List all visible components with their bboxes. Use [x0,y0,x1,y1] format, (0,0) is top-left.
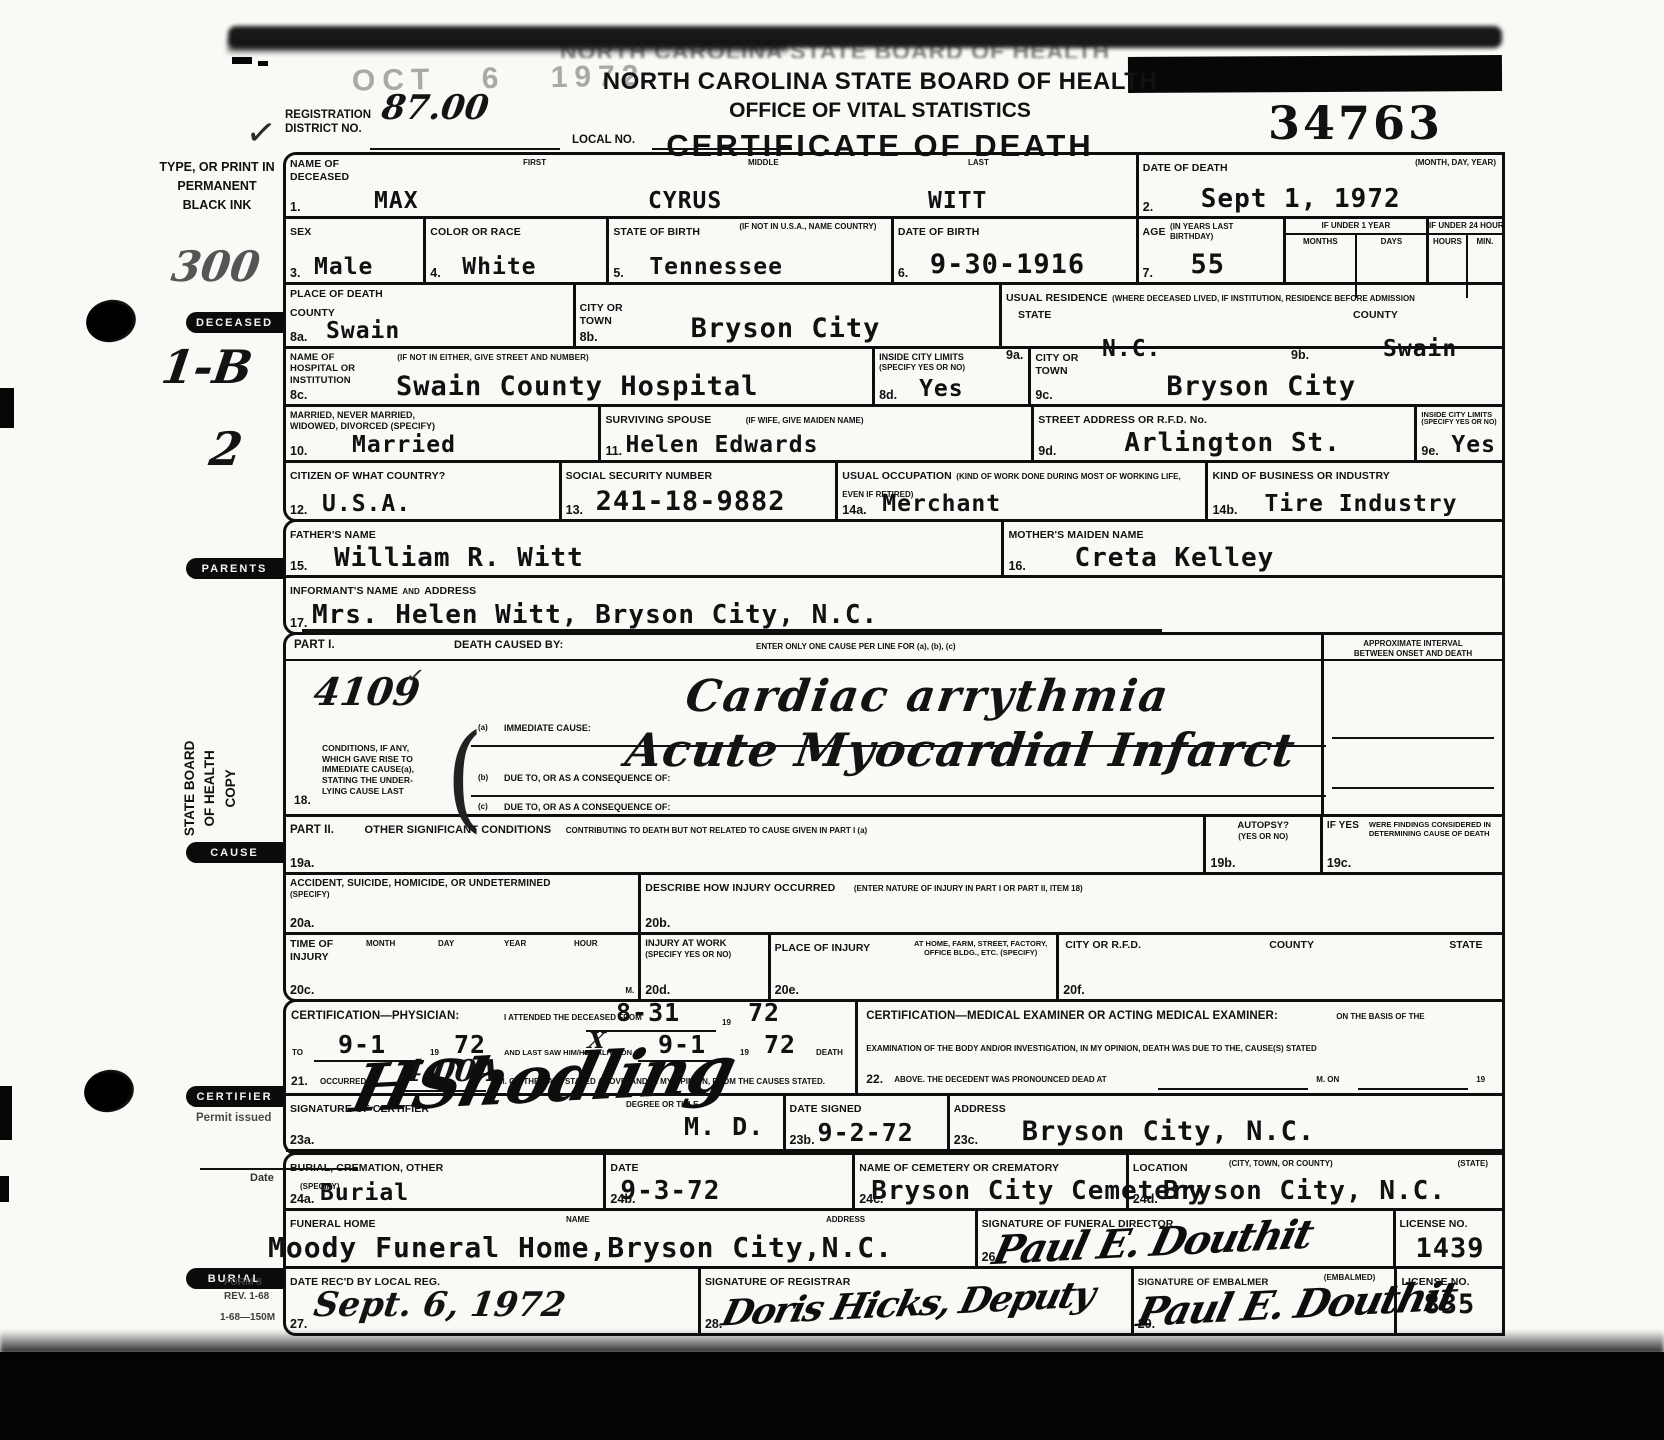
field-marital-status: MARRIED, NEVER MARRIED, WIDOWED, DIVORCE… [286,407,601,460]
sub-label: MIDDLE [748,158,779,168]
occupation-value: Merchant [882,491,1001,517]
interval-header: BETWEEN ONSET AND DEATH [1354,649,1472,658]
field-date-of-birth: DATE OF BIRTH 6. 9-30-1916 [894,219,1139,282]
label: USUAL OCCUPATION [842,470,952,482]
sub-label: FIRST [523,158,546,168]
print-instruction-line: PERMANENT [177,179,256,193]
registration-district: REGISTRATION DISTRICT NO. [285,108,371,137]
interval-header: APPROXIMATE INTERVAL [1363,639,1463,648]
item-number: 5. [613,266,623,280]
street-address-value: Arlington St. [1124,428,1341,458]
label: DATE SIGNED [790,1103,862,1115]
item-number: 7. [1143,266,1153,280]
item-number: 12. [290,503,307,517]
section-label: USUAL RESIDENCE [1006,292,1108,304]
sub-label: (ENTER NATURE OF INJURY IN PART I OR PAR… [854,884,1083,893]
label: INJURY [290,951,329,963]
field-city-or-town-of-death: CITY OR TOWN 8b. Bryson City [576,285,1002,346]
sub-label: (IF WIFE, GIVE MAIDEN NAME) [746,416,864,425]
sub-label: (WHERE DECEASED LIVED, IF INSTITUTION, R… [1112,294,1415,303]
item-number: 8a. [290,330,307,344]
sub-label: NAME [566,1215,590,1225]
field-describe-injury: DESCRIBE HOW INJURY OCCURRED (ENTER NATU… [641,875,1502,932]
form-no-line: FORM 8 [224,1277,262,1288]
death-word: DEATH [816,1048,843,1058]
item-number: 14a. [842,503,866,517]
item-number: 9c. [1035,388,1052,402]
field-sex: SEX 3. Male [286,219,426,282]
sub-label: (SPECIFY) [391,421,436,431]
m-on-label: M. ON [1316,1075,1339,1085]
mother-name-value: Creta Kelley [1074,543,1274,573]
county-of-death-value: Swain [326,318,400,344]
last-name-value: WITT [928,188,987,214]
print-instruction: TYPE, OR PRINT IN PERMANENT BLACK INK [142,158,292,214]
other-conditions-label: OTHER SIGNIFICANT CONDITIONS [365,824,552,836]
hospital-value: Swain County Hospital [396,371,758,402]
scan-edge-mark [0,1086,12,1140]
year-label: YEAR [504,939,526,949]
item-number: 8c. [290,388,307,402]
scan-edge-mark [0,388,14,428]
label: LICENSE NO. [1400,1218,1468,1230]
item-number: 14b. [1212,503,1237,517]
field-date-signed: DATE SIGNED 23b. 9-2-72 [786,1096,950,1149]
race-value: White [462,254,536,280]
father-name-value: William R. Witt [334,543,584,573]
field-accident-suicide: ACCIDENT, SUICIDE, HOMICIDE, OR UNDETERM… [286,875,641,932]
underlying-cause-value: Acute Myocardial Infarct [622,723,1299,777]
conditions-line: WHICH GAVE RISE TO [322,754,413,764]
field-citizen: CITIZEN OF WHAT COUNTRY? 12. U.S.A. [286,463,562,519]
if-yes-label: IF YES [1327,820,1359,832]
label: INSTITUTION [290,375,351,386]
line [1358,1088,1468,1090]
field-inside-city-limits-death: INSIDE CITY LIMITS (SPECIFY YES OR NO) 8… [875,349,1031,404]
item-number: 18. [294,793,311,807]
conditions-line: IMMEDIATE CAUSE(a), [322,764,414,774]
sub-label: (SPECIFY YES OR NO) [645,950,763,960]
field-funeral-home: FUNERAL HOME NAME ADDRESS Moody Funeral … [286,1211,978,1266]
field-place-of-injury: PLACE OF INJURY AT HOME, FARM, STREET, F… [771,935,1060,999]
interval-line [1332,737,1494,739]
funeral-home-value: Moody Funeral Home,Bryson City,N.C. [268,1231,893,1264]
sub-label: (SPECIFY) [290,890,634,900]
date-label: Date [250,1172,274,1184]
item-number: 24d. [1133,1192,1158,1206]
label: CERTIFICATION—PHYSICIAN: [291,1010,459,1024]
scan-edge-mark [258,61,268,66]
first-name-value: MAX [374,188,419,214]
label: PLACE OF INJURY [775,942,871,954]
field-surviving-spouse: SURVIVING SPOUSE (IF WIFE, GIVE MAIDEN N… [601,407,1034,460]
state-label: STATE [1449,939,1482,952]
hole-punch [80,1065,138,1116]
conditions-line: CONDITIONS, IF ANY, [322,743,409,753]
field-cemetery: NAME OF CEMETERY OR CREMATORY 24c. Bryso… [855,1155,1129,1208]
margin-handwriting-300: 300 [169,242,264,291]
burial-type-value: Burial [320,1180,409,1206]
hole-punch [82,295,140,346]
item-number: 9e. [1421,444,1438,458]
sub-label: (STATE) [1458,1159,1488,1169]
label: SURVIVING SPOUSE [605,414,711,426]
section-burial: BURIAL, CREMATION, OTHER (SPECIFY) 24a. … [283,1152,1505,1336]
cause-b-line [471,795,1326,797]
label: SOCIAL SECURITY NUMBER [566,470,713,482]
field-occupation: USUAL OCCUPATION (KIND OF WORK DONE DURI… [838,463,1208,519]
middle-name-value: CYRUS [648,188,722,214]
field-burial-location: LOCATION (CITY, TOWN, OR COUNTY) (STATE)… [1129,1155,1502,1208]
scan-edge-mark [232,57,252,64]
sub-label: CONTRIBUTING TO DEATH BUT NOT RELATED TO… [566,826,867,835]
office-name: OFFICE OF VITAL STATISTICS [565,99,1195,123]
label: ADDRESS [954,1103,1006,1115]
field-inside-city-limits-residence: INSIDE CITY LIMITS (SPECIFY YES OR NO) 9… [1417,407,1502,460]
date-of-death-value: Sept 1, 1972 [1201,184,1401,214]
label: INFORMANT'S NAME [290,585,398,597]
registration-label: REGISTRATION [285,109,371,121]
item-number: 11. [605,444,622,458]
label: NAME OF CEMETERY OR CREMATORY [859,1162,1059,1174]
field-industry: KIND OF BUSINESS OR INDUSTRY 14b. Tire I… [1208,463,1502,519]
date-of-birth-value: 9-30-1916 [930,249,1085,280]
sub-header: IF UNDER 24 HOURS [1429,219,1502,235]
field-injury-location: CITY OR R.F.D. COUNTY STATE 20f. [1059,935,1502,999]
field-usual-residence: USUAL RESIDENCE (WHERE DECEASED LIVED, I… [1002,285,1502,346]
part2-label: PART II. [290,824,334,836]
print-instruction-line: TYPE, OR PRINT IN [159,160,274,174]
inside-city-limits-value: Yes [919,376,964,402]
tab-deceased: DECEASED [186,312,283,333]
field-autopsy: AUTOPSY? (YES OR NO) 19b. [1206,817,1322,872]
sub-label: (CITY, TOWN, OR COUNTY) [1229,1159,1333,1169]
burial-location-value: Bryson City, N.C. [1163,1176,1446,1206]
field-part2-conditions: PART II. OTHER SIGNIFICANT CONDITIONS CO… [286,817,1206,872]
sub-label: OFFICE BLDG., ETC. (SPECIFY) [924,948,1037,957]
district-no-label: DISTRICT NO. [285,123,362,135]
label: ACCIDENT, SUICIDE, HOMICIDE, OR UNDETERM… [290,878,634,890]
attended-from-value: 8-31 [616,998,680,1027]
enter-note: ENTER ONLY ONE CAUSE PER LINE FOR (a), (… [756,642,956,652]
degree-value: M. D. [684,1112,764,1141]
label: FATHER'S NAME [290,529,376,541]
item-number: 4. [430,266,440,280]
field-ssn: SOCIAL SECURITY NUMBER 13. 241-18-9882 [562,463,839,519]
label: FUNERAL HOME [290,1218,376,1230]
label: SEX [290,226,311,238]
label: INSIDE CITY LIMITS [879,352,1024,363]
item-number: 20a. [290,916,314,930]
item-number: 20f. [1063,983,1085,997]
date-received-value: Sept. 6, 1972 [311,1285,568,1325]
label: DATE [610,1162,638,1174]
item-number: 6. [898,266,908,280]
item-number: 8b. [580,330,598,344]
label: HOSPITAL OR [290,363,355,374]
findings-label: WERE FINDINGS CONSIDERED IN [1369,820,1491,829]
certificate-form: NAME OF DECEASED FIRST MIDDLE LAST 1. MA… [283,152,1505,1336]
check-mark: ✓ [404,662,426,690]
label: NAME OF [290,158,339,170]
year-prefix: 19 [740,1048,749,1058]
year-prefix: 19 [722,1018,731,1028]
field-color-or-race: COLOR OR RACE 4. White [426,219,609,282]
item-number: 20c. [290,983,314,997]
field-street-address: STREET ADDRESS OR R.F.D. No. 9d. Arlingt… [1034,407,1417,460]
sub-label: ADDRESS [826,1215,865,1225]
margin-handwriting-1b: 1-B [158,340,256,394]
field-state-of-birth: STATE OF BIRTH (IF NOT IN U.S.A., NAME C… [609,219,893,282]
item-number: 20d. [645,983,670,997]
sub-label: (YES OR NO) [1210,832,1315,842]
burial-date-value: 9-3-72 [620,1176,720,1206]
local-no-label: LOCAL NO. [572,134,635,146]
item-number: 19b. [1210,856,1235,870]
sub-label: LAST [968,158,989,168]
field-name-of-deceased: NAME OF DECEASED FIRST MIDDLE LAST 1. MA… [286,155,1139,216]
copy-designation: STATE BOARD OF HEALTH COPY [180,666,241,911]
label: INJURY AT WORK [645,938,763,950]
form-number: FORM 8 REV. 1-68 [224,1276,269,1304]
field-place-of-death-county: PLACE OF DEATH COUNTY 8a. Swain [286,285,576,346]
label: COUNTY [1353,309,1398,322]
district-no-value: 87.00 [379,88,491,128]
inside-city-limits-residence-value: Yes [1451,432,1496,458]
field-if-under-24-hours: IF UNDER 24 HOURS HOURS MIN. [1429,219,1502,282]
spouse-value: Helen Edwards [625,432,818,458]
field-informant: INFORMANT'S NAME AND ADDRESS 17. Mrs. He… [286,578,1502,632]
print-instruction-line: BLACK INK [183,198,252,212]
sub-label: AT HOME, FARM, STREET, FACTORY, [914,939,1047,948]
local-no-line [652,148,792,150]
ssn-value: 241-18-9882 [596,486,786,517]
label: CITIZEN OF WHAT COUNTRY? [290,470,445,482]
sub-label: (IF NOT IN EITHER, GIVE STREET AND NUMBE… [397,353,588,362]
label: STREET ADDRESS OR R.F.D. No. [1038,414,1207,426]
district-no-line [370,148,560,150]
item-number: 23a. [290,1133,314,1147]
part1-label: PART I. [294,639,335,653]
item-number: 23b. [790,1133,815,1147]
line-c-label: (c) [478,802,488,812]
label: TIME OF [290,938,333,950]
findings-label: DETERMINING CAUSE OF DEATH [1369,829,1490,838]
field-mother-maiden-name: MOTHER'S MAIDEN NAME 16. Creta Kelley [1004,522,1502,575]
label: LOCATION [1133,1162,1188,1174]
last-saw-year: 72 [764,1030,796,1059]
item-number: 15. [290,559,307,573]
label: AND [402,587,419,596]
label: DESCRIBE HOW INJURY OCCURRED [645,882,835,894]
item-number: 3. [290,266,300,280]
field-director-license: LICENSE NO. 1439 [1396,1211,1503,1266]
check-mark: ✓ [243,110,279,156]
sub-label: (SPECIFY YES OR NO) [879,363,1024,373]
hour-label: HOUR [574,939,598,949]
label: STATE OF BIRTH [613,226,700,238]
label: TOWN [580,315,612,327]
label: DATE OF BIRTH [898,226,980,238]
marital-status-value: Married [352,432,456,458]
label: TOWN [1035,365,1067,377]
death-caused-by-label: DEATH CAUSED BY: [454,639,563,652]
field-father-name: FATHER'S NAME 15. William R. Witt [286,522,1004,575]
field-registrar-signature: SIGNATURE OF REGISTRAR 28. Doris Hicks, … [701,1269,1134,1333]
form-print-run: 1-68—150M [220,1312,275,1323]
section-parents: FATHER'S NAME 15. William R. Witt MOTHER… [283,519,1505,635]
citizen-value: U.S.A. [322,491,411,517]
field-residence-city: CITY OR TOWN 9c. Bryson City [1031,349,1502,404]
item-number: 19c. [1327,856,1351,870]
field-injury-at-work: INJURY AT WORK (SPECIFY YES OR NO) 20d. [641,935,770,999]
interval-line [1332,787,1494,789]
exam-label: EXAMINATION OF THE BODY AND/OR INVESTIGA… [866,1044,1496,1054]
field-date-of-death: DATE OF DEATH (MONTH, DAY, YEAR) 2. Sept… [1139,155,1502,216]
margin-handwriting-2: 2 [206,422,246,476]
item-number: 27. [290,1317,307,1331]
scanned-death-certificate: NORTH CAROLINA STATE BOARD OF HEALTH OCT… [0,0,1664,1440]
attended-from-year: 72 [748,998,780,1027]
meridiem-label: M. [625,986,634,996]
label: AGE [1143,226,1166,238]
item-number: 13. [566,503,583,517]
item-number: 8d. [879,388,897,402]
residence-city-value: Bryson City [1166,371,1356,402]
field-funeral-director-signature: SIGNATURE OF FUNERAL DIRECTOR 26. Paul E… [978,1211,1396,1266]
item-number: 22. [866,1072,883,1086]
sub-label: (IN YEARS LAST BIRTHDAY) [1170,222,1254,242]
conditions-line: LYING CAUSE LAST [322,786,404,796]
label: MOTHER'S MAIDEN NAME [1008,529,1143,541]
county-label: COUNTY [1269,939,1314,952]
sub-label: (IF NOT IN U.S.A., NAME COUNTRY) [739,222,879,232]
interval-column: APPROXIMATE INTERVAL BETWEEN ONSET AND D… [1321,635,1502,814]
item-number: 20e. [775,983,799,997]
month-label: MONTH [366,939,395,949]
field-burial-date: DATE 24b. 9-3-72 [606,1155,855,1208]
label: BURIAL, CREMATION, OTHER [290,1162,443,1174]
item-number: 2. [1143,200,1153,214]
field-autopsy-findings: IF YES WERE FINDINGS CONSIDERED IN DETER… [1323,817,1502,872]
section-deceased: NAME OF DECEASED FIRST MIDDLE LAST 1. MA… [283,152,1505,522]
field-burial-type: BURIAL, CREMATION, OTHER (SPECIFY) 24a. … [286,1155,606,1208]
label: INSIDE CITY LIMITS [1421,410,1498,419]
section-certifier: CERTIFICATION—PHYSICIAN: I ATTENDED THE … [283,999,1505,1155]
label: DATE OF DEATH [1143,162,1228,174]
field-hospital: NAME OF (IF NOT IN EITHER, GIVE STREET A… [286,349,875,404]
line [1158,1088,1308,1090]
certificate-number: 34763 [1268,96,1443,150]
label: SIGNATURE OF REGISTRAR [705,1276,851,1288]
certifier-address-value: Bryson City, N.C. [1022,1116,1315,1147]
copy-line: COPY [223,769,238,807]
item-number: 24a. [290,1192,314,1206]
autopsy-label: AUTOPSY? [1210,820,1315,832]
to-label: TO [292,1048,303,1058]
label: COLOR OR RACE [430,226,521,238]
section-label: PLACE OF DEATH [290,288,569,301]
tab-certifier: CERTIFIER [186,1086,283,1107]
immediate-cause-label: IMMEDIATE CAUSE: [504,723,591,734]
scan-edge-bottom [0,1352,1664,1440]
board-name: NORTH CAROLINA STATE BOARD OF HEALTH [565,68,1195,96]
state-of-birth-value: Tennessee [649,254,783,280]
item-number: 17. [290,616,307,630]
label: KIND OF BUSINESS OR INDUSTRY [1212,470,1389,482]
label: DECEASED [290,171,349,183]
permit-issued-label: Permit issued [196,1112,271,1124]
item-number: 9d. [1038,444,1056,458]
ghost-header-text: NORTH CAROLINA STATE BOARD OF HEALTH [560,38,1200,58]
field-embalmer-signature: SIGNATURE OF EMBALMER (EMBALMED) 29. Pau… [1134,1269,1398,1333]
year-prefix: 19 [1476,1075,1485,1085]
sub-header: IF UNDER 1 YEAR [1286,219,1426,235]
informant-value: Mrs. Helen Witt, Bryson City, N.C. [312,600,878,630]
label: WIDOWED, DIVORCED [290,421,388,431]
field-time-of-injury: TIME OF INJURY MONTH DAY YEAR HOUR M. 20… [286,935,641,999]
city-of-death-value: Bryson City [691,313,881,344]
label: CITY OR [580,302,623,314]
copy-line: OF HEALTH [202,750,217,826]
sub-label: (SPECIFY YES OR NO) [1421,419,1498,428]
field-if-under-1-year: IF UNDER 1 YEAR MONTHS DAYS [1286,219,1429,282]
label: CERTIFICATION—MEDICAL EXAMINER OR ACTING… [866,1010,1278,1024]
item-number: 10. [290,444,307,458]
item-number: 16. [1008,559,1025,573]
form-rev-line: REV. 1-68 [224,1291,269,1302]
industry-value: Tire Industry [1264,491,1457,517]
label: CITY OR [1035,352,1078,364]
scan-edge-mark [0,1176,9,1202]
city-rfd-label: CITY OR R.F.D. [1065,939,1141,952]
line-b-label: (b) [478,773,488,783]
label: STATE [1018,309,1051,322]
field-date-received: DATE REC'D BY LOCAL REG. 27. Sept. 6, 19… [286,1269,701,1333]
item-number: 21. [291,1074,308,1088]
item-number: 1. [290,200,300,214]
field-certification-medical-examiner: CERTIFICATION—MEDICAL EXAMINER OR ACTING… [858,1002,1502,1093]
label: ADDRESS [424,585,476,597]
item-number: 23c. [954,1133,978,1147]
age-value: 55 [1191,249,1226,280]
sex-value: Male [314,254,373,280]
field-certifier-address: ADDRESS 23c. Bryson City, N.C. [950,1096,1502,1149]
label: MARRIED, NEVER MARRIED, [290,410,415,420]
sub-label: (MONTH, DAY, YEAR) [1415,158,1496,168]
director-license-value: 1439 [1416,1233,1485,1264]
basis-label: ON THE BASIS OF THE [1336,1012,1424,1022]
tab-parents: PARENTS [186,558,283,579]
conditions-note: CONDITIONS, IF ANY, WHICH GAVE RISE TO I… [322,743,452,796]
item-number: 19a. [290,856,314,870]
cause-part1: PART I. DEATH CAUSED BY: ENTER ONLY ONE … [286,635,1502,817]
conditions-line: STATING THE UNDER- [322,775,413,785]
field-age: AGE (IN YEARS LAST BIRTHDAY) 7. 55 [1139,219,1286,282]
copy-line: STATE BOARD [182,741,197,837]
label: NAME OF [290,352,335,363]
due-to-label: DUE TO, OR AS A CONSEQUENCE OF: [504,802,670,813]
immediate-cause-value: Cardiac arrythmia [682,671,1173,722]
item-number: 20b. [645,916,670,930]
day-label: DAY [438,939,454,949]
section-cause: PART I. DEATH CAUSED BY: ENTER ONLY ONE … [283,632,1505,1002]
date-signed-value: 9-2-72 [818,1118,914,1147]
pronounced-label: ABOVE. THE DECEDENT WAS PRONOUNCED DEAD … [894,1075,1106,1085]
